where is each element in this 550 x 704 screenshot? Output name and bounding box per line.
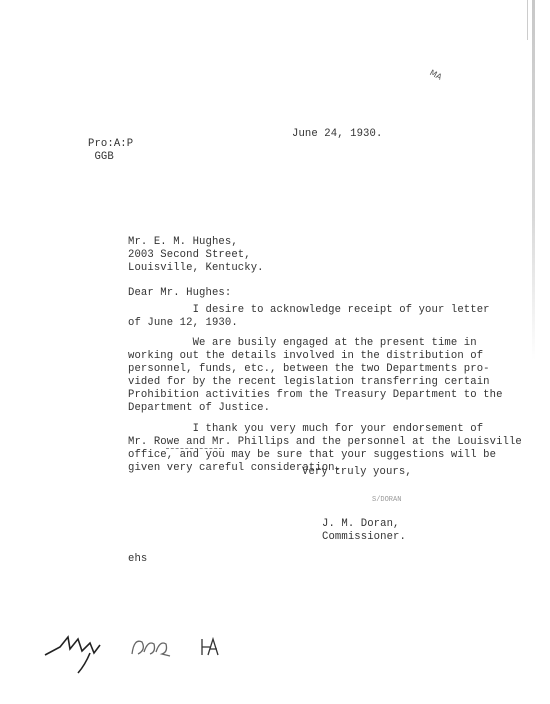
handwritten-initials-1 [40,625,120,675]
salutation: Dear Mr. Hughes: [128,287,231,300]
signer-title: Commissioner. [322,531,406,544]
reference-line-2: GGB [88,151,114,164]
reference-line-1: Pro:A:P [88,138,133,151]
paragraph-line: Prohibition activities from the Treasury… [128,389,503,402]
typist-initials: ehs [128,553,147,566]
paragraph-line: vided for by the recent legislation tran… [128,376,490,389]
paragraph-line: personnel, funds, etc., between the two … [128,363,490,376]
paragraph-line: I thank you very much for your endorseme… [128,423,483,436]
handwritten-underline [166,445,222,449]
paragraph-line: office, and you may be sure that your su… [128,449,496,462]
handwritten-initials-2 [128,632,188,662]
scan-edge-line [527,0,528,40]
paragraph-line: Department of Justice. [128,402,270,415]
paragraph-line: We are busily engaged at the present tim… [128,337,477,350]
recipient-line: Louisville, Kentucky. [128,262,264,275]
recipient-line: 2003 Second Street, [128,249,251,262]
stamp-mark: MA [426,68,450,90]
signature-mark: S/DORAN [372,496,401,504]
letter-date: June 24, 1930. [292,128,382,141]
handwritten-initials-3 [198,635,228,660]
paragraph-line: I desire to acknowledge receipt of your … [128,304,490,317]
paragraph-line: working out the details involved in the … [128,350,483,363]
scan-edge-shadow [532,0,535,360]
paragraph-line: of June 12, 1930. [128,317,238,330]
signer-name: J. M. Doran, [322,518,400,531]
recipient-line: Mr. E. M. Hughes, [128,236,238,249]
closing: Very truly yours, [302,466,412,479]
